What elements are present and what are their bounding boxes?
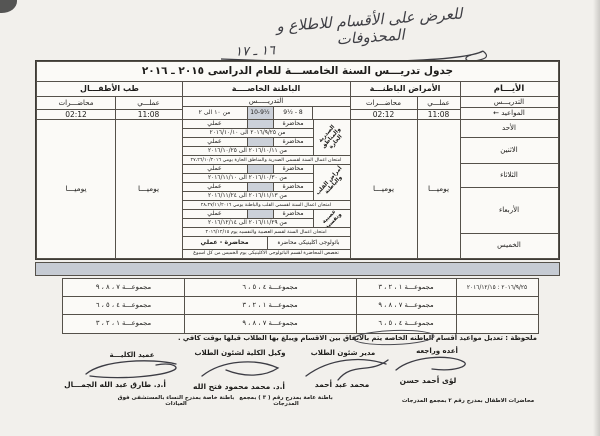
groups-rotation-table: ٢٠١٦/٩/٢٥ : ٢٠١٦/١٢/١٥ مجموعـــة ١ ، ٢ ،… bbox=[62, 278, 537, 332]
day-sunday: الأحد bbox=[459, 119, 559, 139]
footnote-special-internal-hall: باطنة خاصة بمدرج النساء بالمستشفى فوق ال… bbox=[112, 396, 240, 406]
groups-r2-c1: مجموعـــة ٧ ، ٨ ، ٩ bbox=[355, 296, 457, 316]
groups-r2-date-blank bbox=[455, 296, 539, 316]
signature2-name: محمد عبد أحمد bbox=[298, 380, 386, 390]
schedule-note: ملحوظة : تعديل مواعيد أقسام الباطنه الخا… bbox=[85, 333, 537, 345]
groups-r3-c3: مجموعـــة ١ ، ٢ ، ٣ bbox=[62, 314, 185, 334]
scanned-schedule-document: { "colors":{"paper":"#f2f0ec","table_lin… bbox=[0, 0, 600, 436]
signature3-squiggle bbox=[196, 356, 284, 382]
handdrawn-oval bbox=[352, 329, 436, 346]
separator-band bbox=[35, 262, 560, 276]
signature4-name: أ.د. طارق عبد الله الجمـــال bbox=[52, 380, 178, 390]
footnote-pediatrics-hall: محاضرات الاطفال بمدرج رقم ٢ بمجمع المدرج… bbox=[398, 396, 538, 406]
table-title: جدول تدريـــس السنة الخامســـة للعام الد… bbox=[36, 61, 559, 83]
groups-r2-c3: مجموعـــة ٤ ، ٥ ، ٦ bbox=[62, 296, 185, 316]
dept-chest-tropical-label: الصدرية والمناطق الحارة bbox=[312, 119, 350, 157]
internal-lectures-daily: يوميـــا bbox=[349, 119, 418, 259]
groups-date-range: ٢٠١٦/٩/٢٥ : ٢٠١٦/١٢/١٥ bbox=[455, 278, 539, 298]
scan-edge-shadow bbox=[593, 0, 600, 436]
groups-r2-c2: مجموعـــة ١ ، ٢ ، ٣ bbox=[183, 296, 357, 316]
day-thursday: الخميس bbox=[459, 233, 559, 259]
groups-r1-c2: مجموعـــة ٤ ، ٥ ، ٦ bbox=[183, 278, 357, 298]
signature4-squiggle bbox=[82, 356, 182, 382]
dept-neuropsych-cell: عصبية ونفسية bbox=[312, 209, 351, 229]
pathology-note: تخصص المحاضرة لقسم الباثولوجى الاكلينيكى… bbox=[181, 249, 351, 259]
footnote-general-internal-hall: باطنة عامة بمدرج رقم ( ٣ ) بمجمع المدرجا… bbox=[238, 396, 334, 406]
dept-cardio-internal-label: أمراض القلب والباطنة bbox=[315, 165, 349, 201]
groups-r3-date-blank bbox=[455, 314, 539, 334]
internal-practical-daily: يوميـــا bbox=[416, 119, 461, 259]
day-monday: الاثنين bbox=[459, 137, 559, 165]
dept-neuropsych-label: عصبية ونفسية bbox=[314, 209, 349, 229]
pediatrics-practical-daily: يوميـــا bbox=[114, 119, 183, 259]
dept-cardio-internal-cell: أمراض القلب والباطنة bbox=[312, 164, 351, 202]
groups-r1-c1: مجموعـــة ١ ، ٢ ، ٣ bbox=[355, 278, 457, 298]
signature1-squiggle bbox=[388, 354, 474, 378]
main-schedule-table: جدول تدريـــس السنة الخامســـة للعام الد… bbox=[35, 60, 560, 260]
day-wednesday: الأربعاء bbox=[459, 187, 559, 235]
signature2-squiggle bbox=[300, 354, 392, 382]
dept-chest-tropical-cell: الصدرية والمناطق الحارة bbox=[312, 119, 351, 157]
day-tuesday: الثلاثاء bbox=[459, 163, 559, 189]
scan-corner-smudge bbox=[0, 0, 17, 13]
pediatrics-lectures-daily: يوميـــا bbox=[36, 119, 116, 259]
groups-r1-c3: مجموعـــة ٧ ، ٨ ، ٩ bbox=[62, 278, 185, 298]
groups-r3-c2: مجموعـــة ٧ ، ٨ ، ٩ bbox=[183, 314, 357, 334]
signature1-name: لؤى أحمد حسن bbox=[385, 376, 471, 386]
signature3-name: أ.د. محمد محمود فتح الله bbox=[180, 382, 298, 392]
